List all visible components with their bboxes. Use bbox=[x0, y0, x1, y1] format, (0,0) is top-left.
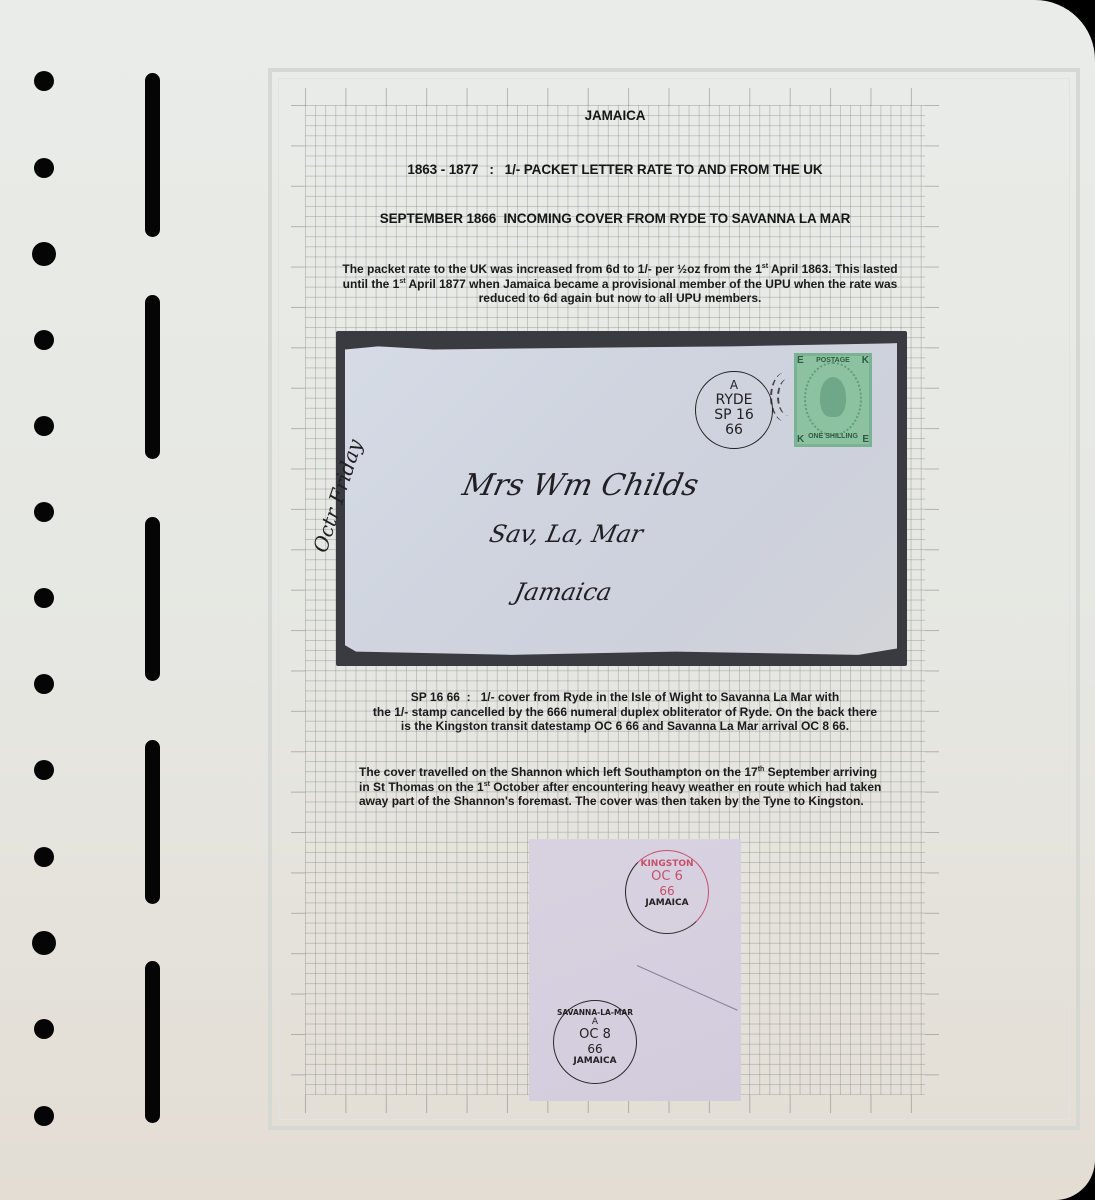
voyage-paragraph: The cover travelled on the Shannon which… bbox=[359, 765, 929, 809]
punch-slot bbox=[145, 295, 160, 459]
punch-slot bbox=[145, 517, 160, 681]
punch-slot bbox=[145, 740, 160, 904]
queen-portrait-icon bbox=[820, 377, 846, 417]
punch-hole bbox=[34, 588, 54, 608]
stamp-corner-letter: E bbox=[862, 434, 869, 445]
description-text: is the Kingston transit datestamp OC 6 6… bbox=[320, 719, 930, 734]
punch-hole bbox=[32, 242, 56, 266]
grid-ticks bbox=[291, 105, 305, 1095]
punch-hole bbox=[34, 158, 54, 178]
punch-hole bbox=[34, 502, 54, 522]
voyage-text: in St Thomas on the 1 bbox=[359, 780, 484, 794]
voyage-text: away part of the Shannon's foremast. The… bbox=[359, 794, 929, 809]
postmark-text: A bbox=[696, 378, 772, 393]
punch-slot bbox=[145, 73, 160, 237]
punch-hole bbox=[34, 1106, 54, 1126]
postmark-text: JAMAICA bbox=[554, 1056, 636, 1066]
punch-hole bbox=[34, 1019, 54, 1039]
grid-ticks bbox=[305, 88, 925, 106]
stamp-top-text: POSTAGE bbox=[794, 357, 872, 364]
section-heading: SEPTEMBER 1866 INCOMING COVER FROM RYDE … bbox=[305, 211, 925, 226]
intro-text: reduced to 6d again but now to all UPU m… bbox=[300, 291, 940, 306]
punch-hole bbox=[34, 847, 54, 867]
postmark-text: 66 bbox=[696, 423, 772, 438]
punch-hole bbox=[34, 71, 54, 91]
punch-hole bbox=[34, 760, 54, 780]
voyage-text: September arriving bbox=[764, 765, 877, 779]
cover-description: SP 16 66 : 1/- cover from Ryde in the Is… bbox=[320, 690, 930, 734]
intro-text: until the 1 bbox=[343, 277, 400, 291]
address-line: Jamaica bbox=[512, 578, 614, 606]
punch-hole bbox=[34, 416, 54, 436]
postmark-text: 66 bbox=[626, 884, 708, 898]
punch-slot bbox=[145, 961, 160, 1123]
punch-hole bbox=[34, 330, 54, 350]
stamp-corner-letter: K bbox=[797, 434, 804, 445]
intro-text: April 1863. This lasted bbox=[768, 262, 898, 276]
postmark-text: KINGSTON bbox=[626, 859, 708, 869]
postmark-text: JAMAICA bbox=[626, 898, 708, 908]
intro-text: The packet rate to the UK was increased … bbox=[342, 262, 761, 276]
ryde-datestamp: A RYDE SP 16 66 bbox=[695, 371, 773, 449]
punch-hole bbox=[34, 674, 54, 694]
description-text: SP 16 66 : 1/- cover from Ryde in the Is… bbox=[320, 690, 930, 705]
kingston-transit-datestamp: KINGSTON OC 6 66 JAMAICA bbox=[625, 850, 709, 934]
intro-paragraph: The packet rate to the UK was increased … bbox=[300, 262, 940, 306]
address-line: Mrs Wm Childs bbox=[459, 468, 701, 503]
stamp-corner-letter: E bbox=[797, 355, 804, 366]
address-line: Sav, La, Mar bbox=[487, 520, 646, 548]
postmark-text: OC 8 bbox=[554, 1027, 636, 1042]
postmark-text: SP 16 bbox=[696, 408, 772, 423]
album-page: JAMAICA 1863 - 1877 : 1/- PACKET LETTER … bbox=[0, 0, 1095, 1200]
voyage-text: The cover travelled on the Shannon which… bbox=[359, 765, 758, 779]
postmark-text: A bbox=[554, 1017, 636, 1027]
voyage-text: October after encountering heavy weather… bbox=[490, 780, 881, 794]
savanna-la-mar-arrival-datestamp: SAVANNA-LA-MAR A OC 8 66 JAMAICA bbox=[553, 1000, 637, 1084]
stamp-corner-letter: K bbox=[862, 355, 869, 366]
description-text: the 1/- stamp cancelled by the 666 numer… bbox=[320, 705, 930, 720]
punch-hole bbox=[32, 931, 56, 955]
page-subtitle: 1863 - 1877 : 1/- PACKET LETTER RATE TO … bbox=[305, 162, 925, 177]
postmark-text: RYDE bbox=[696, 393, 772, 408]
postmark-text: 66 bbox=[554, 1042, 636, 1056]
stamp-bottom-text: ONE SHILLING bbox=[794, 433, 872, 440]
intro-text: April 1877 when Jamaica became a provisi… bbox=[406, 277, 898, 291]
one-shilling-stamp: POSTAGE ONE SHILLING E K K E bbox=[794, 353, 872, 447]
grid-ticks bbox=[925, 105, 939, 1095]
page-title: JAMAICA bbox=[305, 108, 925, 123]
postmark-text: OC 6 bbox=[626, 869, 708, 884]
postmark-text: SAVANNA-LA-MAR bbox=[554, 1008, 636, 1017]
